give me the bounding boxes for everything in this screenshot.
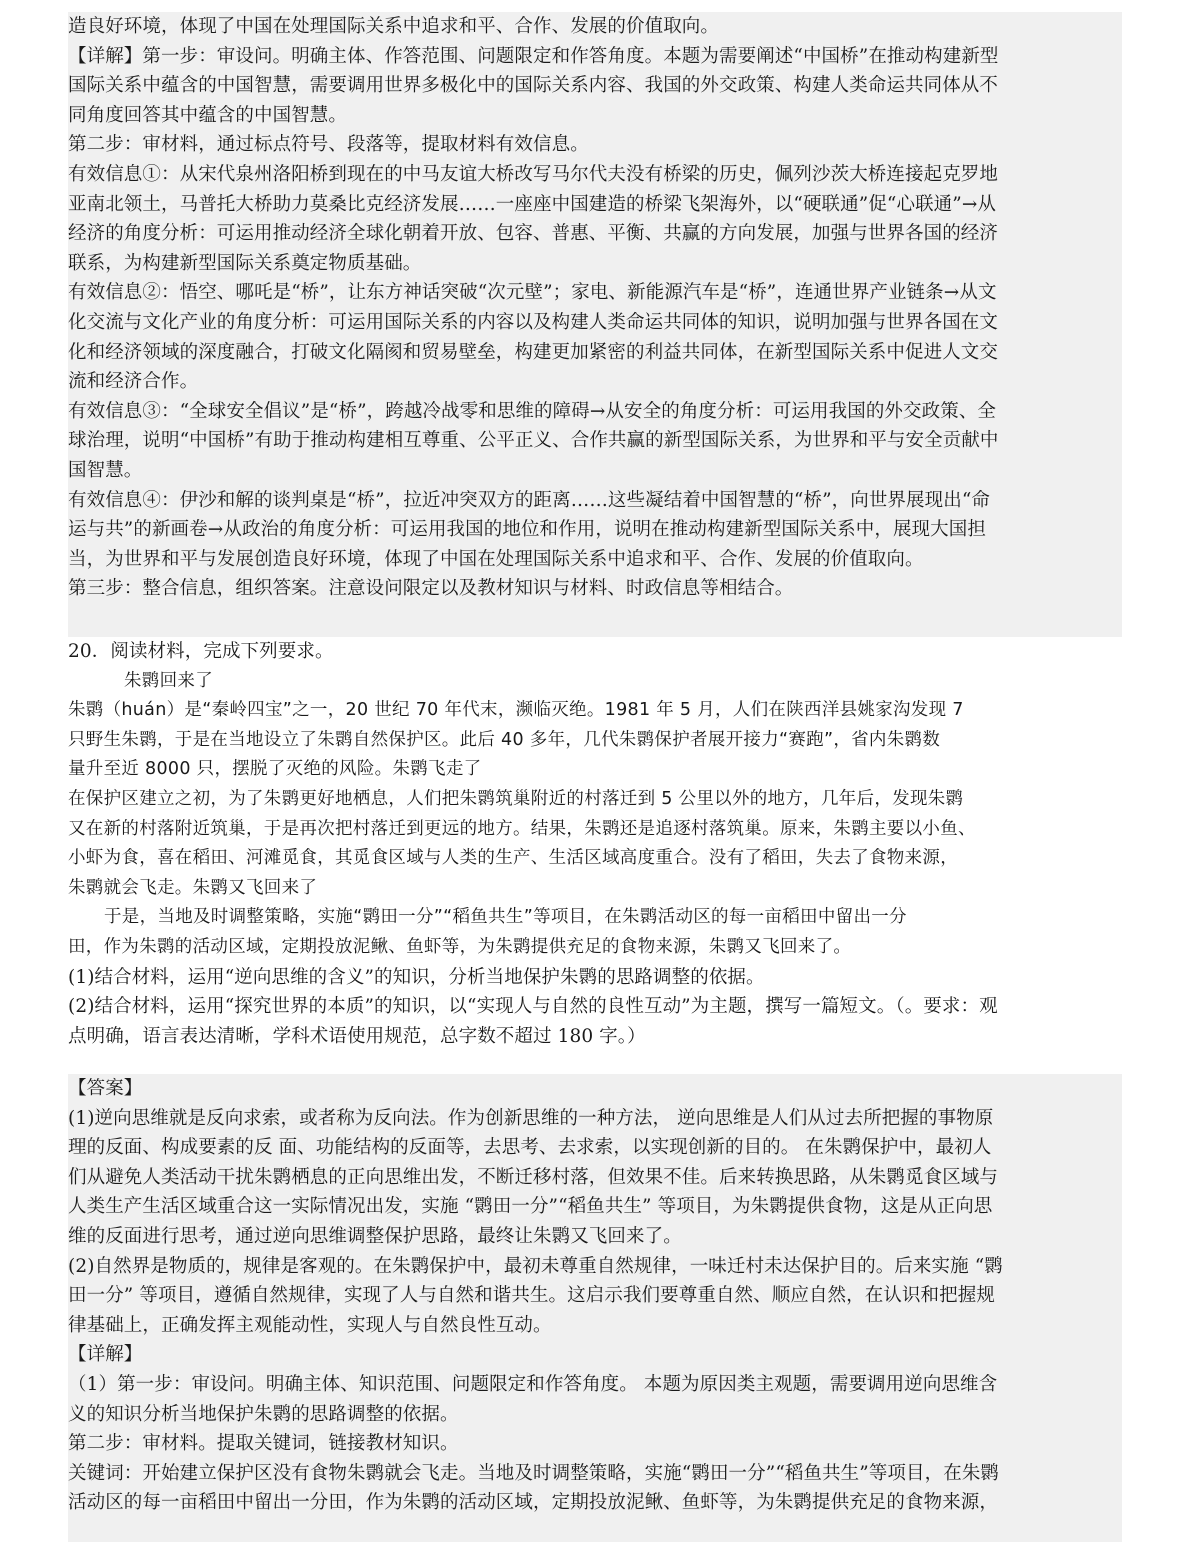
detail-line: （1）第一步：审设问。明确主体、知识范围、问题限定和作答角度。 本题为原因类主观… <box>68 1370 1122 1400</box>
answer-line: 理的反面、构成要素的反 面、功能结构的反面等，去思考、去求索，以实现创新的目的。… <box>68 1133 1122 1163</box>
text-line: 国智慧。 <box>68 456 1122 486</box>
text-line: 当，为世界和平与发展创造良好环境，体现了中国在处理国际关系中追求和平、合作、发展… <box>68 545 1122 575</box>
sub-question-1: (1)结合材料，运用“逆向思维的含义”的知识，分析当地保护朱鹮的思路调整的依据。 <box>68 963 1122 993</box>
material-line: 在保护区建立之初，为了朱鹮更好地栖息，人们把朱鹮筑巢附近的村落迁到 5 公里以外… <box>68 785 1122 815</box>
answer-line: (1)逆向思维就是反向求索，或者称为反向法。作为创新思维的一种方法， 逆向思维是… <box>68 1104 1122 1134</box>
text-line: 运与共”的新画卷→从政治的角度分析：可运用我国的地位和作用，说明在推动构建新型国… <box>68 515 1122 545</box>
answer-line: 人类生产生活区域重合这一实际情况出发，实施 “鹮田一分”“稻鱼共生” 等项目，为… <box>68 1192 1122 1222</box>
answer-line: 们从避免人类活动干扰朱鹮栖息的正向思维出发，不断迁移村落，但效果不佳。后来转换思… <box>68 1163 1122 1193</box>
text-line: 化交流与文化产业的角度分析：可运用国际关系的内容以及构建人类命运共同体的知识，说… <box>68 308 1122 338</box>
answer-heading: 【答案】 <box>68 1074 1122 1104</box>
text-line: 同角度回答其中蕴含的中国智慧。 <box>68 101 1122 131</box>
answer-line: (2)自然界是物质的，规律是客观的。在朱鹮保护中，最初未尊重自然规律，一味迁村未… <box>68 1252 1122 1282</box>
material-line: 量升至近 8000 只，摆脱了灭绝的风险。朱鹮飞走了 <box>68 755 1122 785</box>
info-2-line: 有效信息②：悟空、哪吒是“桥”，让东方神话突破“次元壁”；家电、新能源汽车是“桥… <box>68 278 1122 308</box>
question-stem: 20．阅读材料，完成下列要求。 <box>68 637 1122 667</box>
question-20-block: 20．阅读材料，完成下列要求。 朱鹮回来了 朱鹮（huán）是“秦岭四宝”之一，… <box>68 637 1122 1074</box>
text-line: 流和经济合作。 <box>68 367 1122 397</box>
material-title: 朱鹮回来了 <box>68 667 1122 697</box>
info-3-line: 有效信息③：“全球安全倡议”是“桥”，跨越冷战零和思维的障碍→从安全的角度分析：… <box>68 397 1122 427</box>
material-line: 小虾为食，喜在稻田、河滩觅食，其觅食区域与人类的生产、生活区域高度重合。没有了稻… <box>68 844 1122 874</box>
document-page: 造良好环境，体现了中国在处理国际关系中追求和平、合作、发展的价值取向。 【详解】… <box>68 12 1122 1542</box>
sub-question-2-cont: 点明确，语言表达清晰，学科术语使用规范，总字数不超过 180 字。） <box>68 1022 1122 1052</box>
material-line: 又在新的村落附近筑巢，于是再次把村落迁到更远的地方。结果，朱鹮还是追逐村落筑巢。… <box>68 815 1122 845</box>
sub-question-2: (2)结合材料，运用“探究世界的本质”的知识，以“实现人与自然的良性互动”为主题… <box>68 992 1122 1022</box>
answer-line: 律基础上，正确发挥主观能动性，实现人与自然良性互动。 <box>68 1311 1122 1341</box>
detail-line: 义的知识分析当地保护朱鹮的思路调整的依据。 <box>68 1400 1122 1430</box>
detail-line: 关键词：开始建立保护区没有食物朱鹮就会飞走。当地及时调整策略，实施“鹮田一分”“… <box>68 1459 1122 1489</box>
info-4-line: 有效信息④：伊沙和解的谈判桌是“桥”，拉近冲突双方的距离……这些凝结着中国智慧的… <box>68 486 1122 516</box>
text-line: 国际关系中蕴含的中国智慧，需要调用世界多极化中的国际关系内容、我国的外交政策、构… <box>68 71 1122 101</box>
detail-line: 活动区的每一亩稻田中留出一分田，作为朱鹮的活动区域，定期投放泥鳅、鱼虾等，为朱鹮… <box>68 1488 1122 1518</box>
answer-line: 维的反面进行思考，通过逆向思维调整保护思路，最终让朱鹮又飞回来了。 <box>68 1222 1122 1252</box>
text-line: 球治理，说明“中国桥”有助于推动构建相互尊重、公平正义、合作共赢的新型国际关系，… <box>68 426 1122 456</box>
explanation-block-q19: 造良好环境，体现了中国在处理国际关系中追求和平、合作、发展的价值取向。 【详解】… <box>68 12 1122 637</box>
answer-line: 田一分” 等项目，遵循自然规律，实现了人与自然和谐共生。这启示我们要尊重自然、顺… <box>68 1281 1122 1311</box>
detail-line: 第二步：审材料。提取关键词，链接教材知识。 <box>68 1429 1122 1459</box>
material-line: 朱鹮（huán）是“秦岭四宝”之一，20 世纪 70 年代末，濒临灭绝。1981… <box>68 696 1122 726</box>
text-line: 联系，为构建新型国际关系奠定物质基础。 <box>68 249 1122 279</box>
material-line: 朱鹮就会飞走。朱鹮又飞回来了 <box>68 874 1122 904</box>
step-two-line: 第二步：审材料，通过标点符号、段落等，提取材料有效信息。 <box>68 130 1122 160</box>
material-line: 田，作为朱鹮的活动区域，定期投放泥鳅、鱼虾等，为朱鹮提供充足的食物来源，朱鹮又飞… <box>68 933 1122 963</box>
material-line: 于是，当地及时调整策略，实施“鹮田一分”“稻鱼共生”等项目，在朱鹮活动区的每一亩… <box>68 903 1122 933</box>
text-line: 亚南北领土，马普托大桥助力莫桑比克经济发展……一座座中国建造的桥梁飞架海外，以“… <box>68 190 1122 220</box>
step-three-line: 第三步：整合信息，组织答案。注意设问限定以及教材知识与材料、时政信息等相结合。 <box>68 574 1122 604</box>
material-line: 只野生朱鹮，于是在当地设立了朱鹮自然保护区。此后 40 多年，几代朱鹮保护者展开… <box>68 726 1122 756</box>
detail-heading: 【详解】 <box>68 1340 1122 1370</box>
detail-step-one-line: 【详解】第一步：审设问。明确主体、作答范围、问题限定和作答角度。本题为需要阐述“… <box>68 42 1122 72</box>
text-line: 经济的角度分析：可运用推动经济全球化朝着开放、包容、普惠、平衡、共赢的方向发展，… <box>68 219 1122 249</box>
text-line: 造良好环境，体现了中国在处理国际关系中追求和平、合作、发展的价值取向。 <box>68 12 1122 42</box>
info-1-line: 有效信息①：从宋代泉州洛阳桥到现在的中马友谊大桥改写马尔代夫没有桥梁的历史，佩列… <box>68 160 1122 190</box>
answer-block-q20: 【答案】 (1)逆向思维就是反向求索，或者称为反向法。作为创新思维的一种方法， … <box>68 1074 1122 1542</box>
text-line: 化和经济领域的深度融合，打破文化隔阂和贸易壁垒，构建更加紧密的利益共同体，在新型… <box>68 338 1122 368</box>
